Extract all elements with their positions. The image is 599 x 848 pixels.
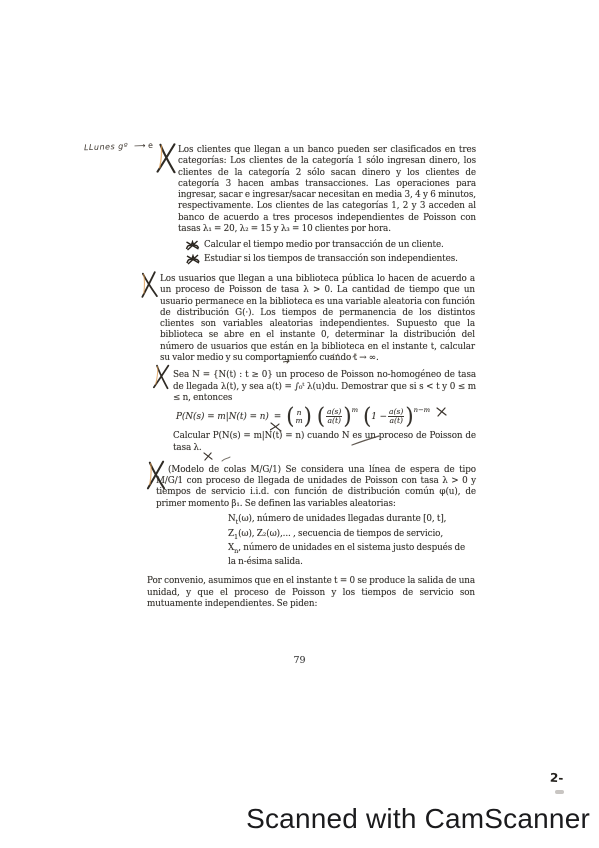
handwritten-dash-icon	[221, 456, 231, 462]
item-a-text: Calcular el tiempo medio por transacción…	[204, 240, 444, 250]
handwritten-underline-icon	[283, 359, 291, 364]
formula-lhs: P(N(s) = m|N(t) = n)	[176, 412, 269, 422]
exercise-1-items: Calcular el tiempo medio por transacción…	[204, 240, 484, 265]
fraction-term: ( a(s) a(t) ) m	[317, 406, 358, 427]
exercise-4-intro: (Modelo de colas M/G/1) Se considera una…	[156, 465, 476, 510]
exercise-3-outro: Calcular P(N(s) = m|N(t) = n) cuando N e…	[173, 431, 476, 454]
exercise-1-paragraph: Los clientes que llegan a un banco puede…	[178, 145, 476, 235]
exponent-n-minus-m: n−m	[414, 406, 431, 414]
handwritten-x-small-icon	[202, 452, 214, 461]
exercise-4-outro: Por convenio, asumimos que en el instant…	[147, 576, 475, 610]
item-b-text: Estudiar si los tiempos de transacción s…	[204, 254, 458, 264]
fraction-denominator: a(t)	[327, 417, 341, 426]
exponent-m: m	[352, 406, 358, 414]
camscanner-watermark: Scanned with CamScanner	[246, 803, 590, 835]
binomial-bottom: m	[295, 417, 302, 425]
text-column: Los clientes que llegan a un banco puede…	[0, 145, 599, 610]
one-minus: 1 −	[371, 412, 387, 422]
page-number: 79	[0, 655, 599, 666]
handwritten-dot-icon	[352, 353, 358, 359]
handwritten-page-mark: 2-	[550, 771, 564, 786]
variable-definition: Nt(ω), número de unidades llegadas duran…	[228, 514, 475, 528]
exercise-4-variable-list: Nt(ω), número de unidades llegadas duran…	[228, 514, 475, 568]
handwritten-slash-icon	[351, 435, 381, 446]
scribbled-marker-icon	[184, 254, 202, 265]
scanned-document-page: LLunes gº ⟶ e Los clientes que llegan a …	[0, 0, 599, 848]
handwritten-tick-icon	[306, 349, 316, 358]
one-minus-fraction-term: ( 1 − a(s) a(t) ) n−m	[363, 406, 430, 427]
scribbled-marker-icon	[184, 240, 201, 251]
binomial-top: n	[297, 409, 302, 417]
pencil-smudge	[555, 790, 564, 794]
exercise-2-paragraph: Los usuarios que llegan a una biblioteca…	[160, 274, 475, 364]
exercise-1-item-a: Calcular el tiempo medio por transacción…	[204, 240, 484, 251]
equals-sign: =	[274, 412, 281, 422]
handwritten-x-small-icon	[435, 407, 448, 417]
exercise-3-intro: Sea N = {N(t) : t ≥ 0} un proceso de Poi…	[173, 370, 476, 404]
variable-definition: Xn, número de unidades en el sistema jus…	[228, 543, 475, 568]
displayed-formula: P(N(s) = m|N(t) = n) = ( n m ) ( a(s)	[176, 406, 476, 427]
variable-definition: Z1(ω), Z₂(ω),... , secuencia de tiempos …	[228, 529, 475, 543]
exercise-1-item-b: Estudiar si los tiempos de transacción s…	[204, 254, 484, 265]
handwritten-squiggle-icon	[327, 352, 339, 360]
handwritten-mark-icon	[270, 421, 282, 432]
binomial-coefficient: ( n m )	[286, 406, 312, 427]
